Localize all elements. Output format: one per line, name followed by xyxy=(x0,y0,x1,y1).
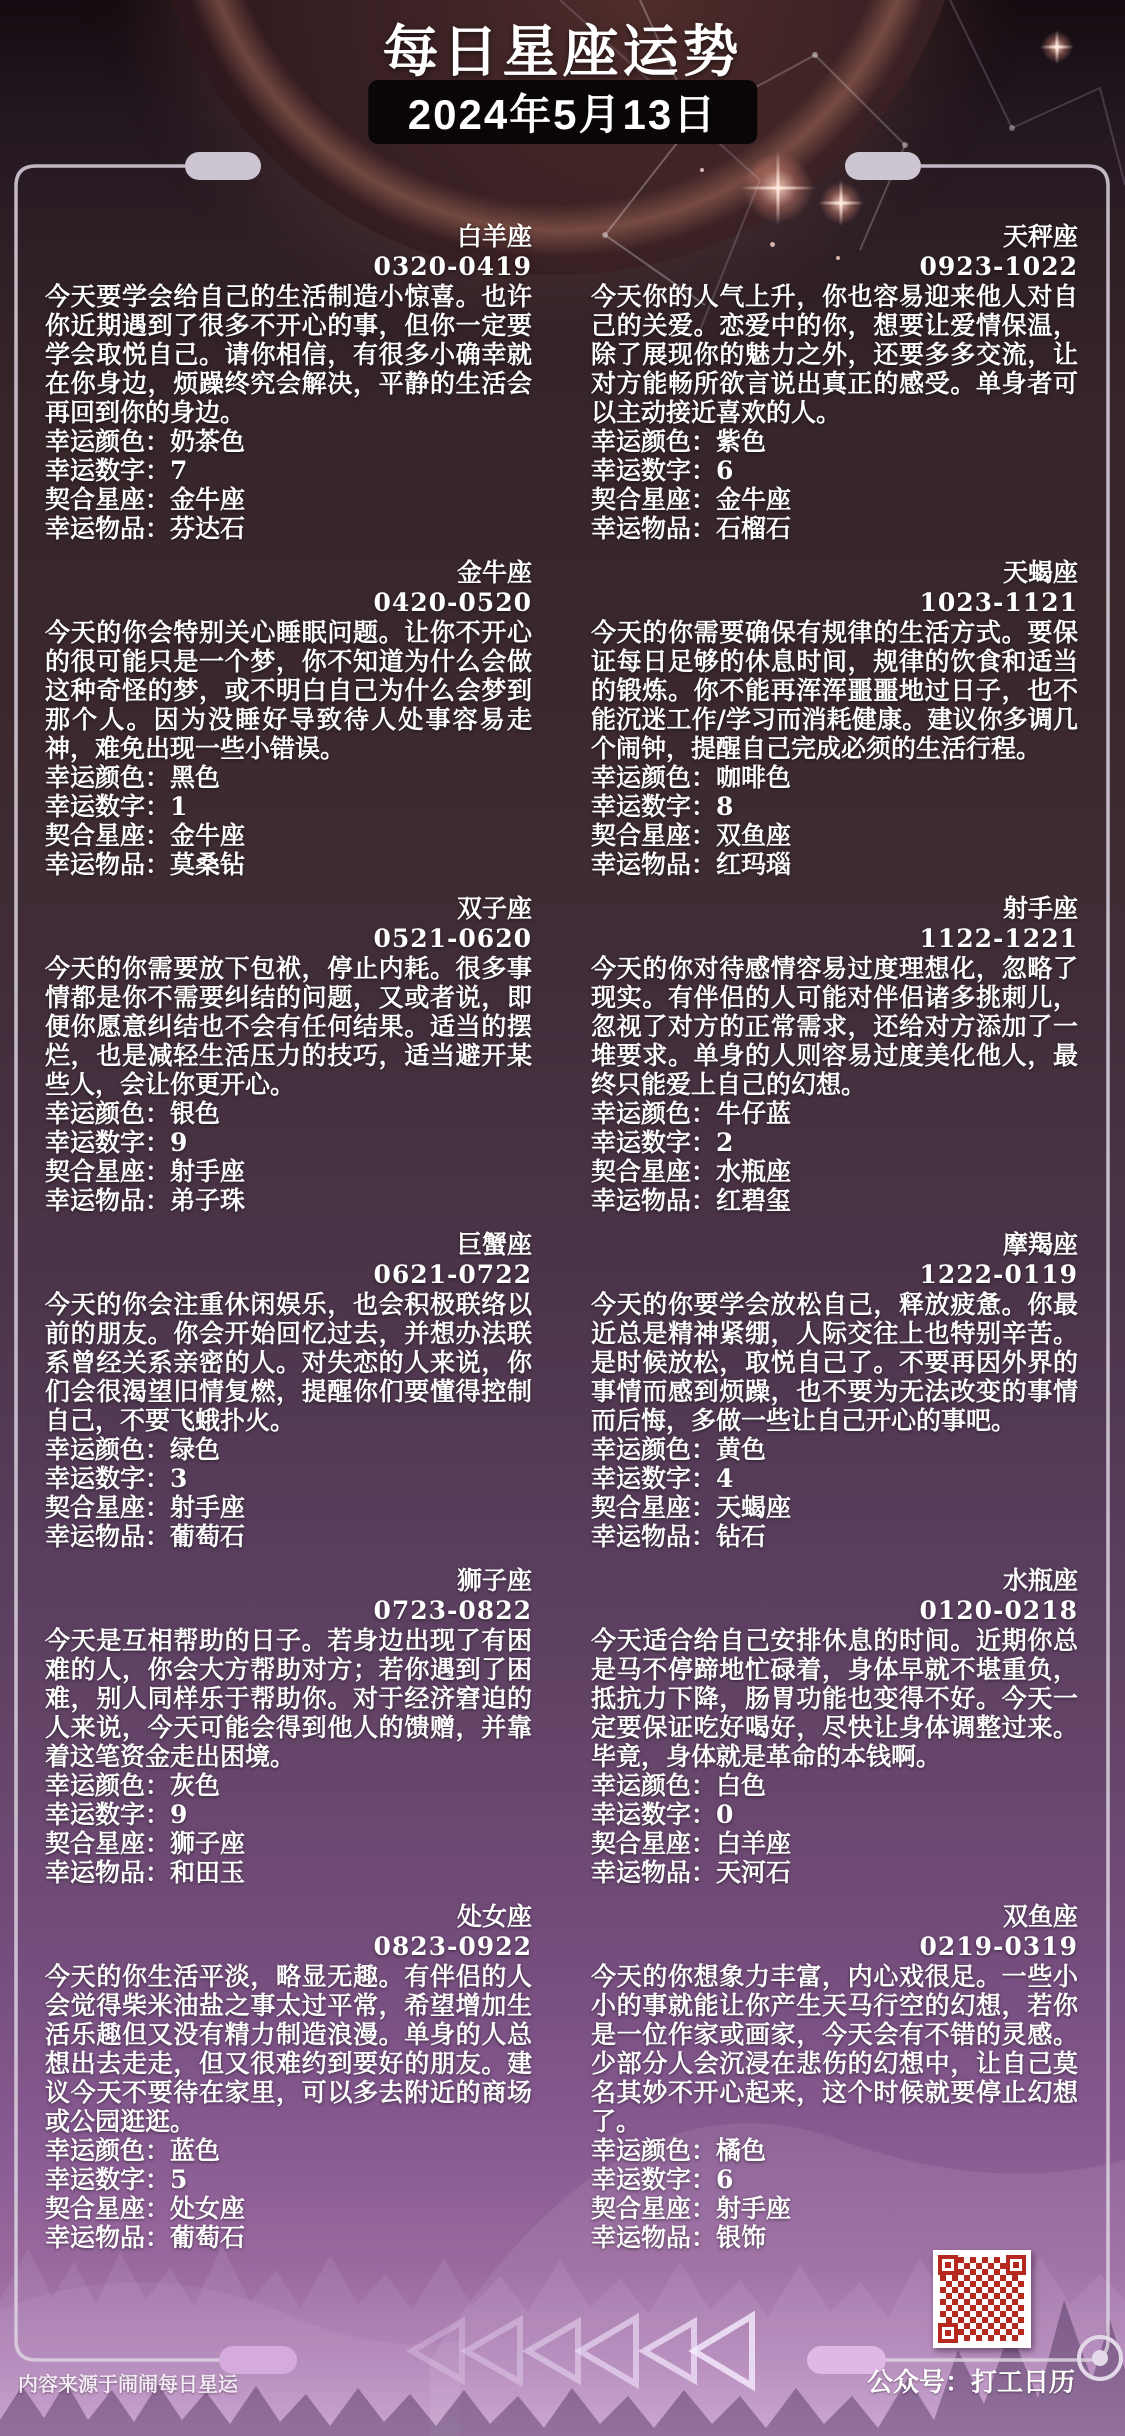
sign-section: 双子座 0521-0620 今天的你需要放下包袱，停止内耗。很多事情都是你不需要… xyxy=(45,894,532,1215)
sign-name: 双鱼座 xyxy=(591,1902,1078,1932)
sign-name: 巨蟹座 xyxy=(45,1230,532,1260)
sign-date-range: 0923-1022 xyxy=(591,252,1078,282)
sign-fortune-text: 今天要学会给自己的生活制造小惊喜。也许你近期遇到了很多不开心的事，但你一定要学会… xyxy=(45,282,532,427)
lucky-item-value: 红碧玺 xyxy=(716,1186,791,1215)
lucky-item-label: 幸运物品： xyxy=(591,2223,716,2252)
qr-finder-square xyxy=(938,2323,958,2343)
lucky-item-label: 幸运物品： xyxy=(45,1522,170,1551)
lucky-number-line: 幸运数字：9 xyxy=(45,1128,532,1157)
lucky-color-label: 幸运颜色： xyxy=(591,1771,716,1800)
sign-date-range: 0723-0822 xyxy=(45,1596,532,1626)
match-sign-label: 契合星座： xyxy=(45,1157,170,1186)
right-column: 天秤座 0923-1022 今天你的人气上升，你也容易迎来他人对自己的关爱。恋爱… xyxy=(591,222,1078,2267)
content-source-text: 内容来源于闹闹每日星运 xyxy=(18,2368,238,2397)
match-sign-value: 射手座 xyxy=(716,2194,791,2223)
match-sign-label: 契合星座： xyxy=(591,821,716,850)
match-sign-line: 契合星座：金牛座 xyxy=(45,485,532,514)
lucky-number-value: 0 xyxy=(716,1800,733,1829)
sign-date-range: 0120-0218 xyxy=(591,1596,1078,1626)
lucky-item-value: 银饰 xyxy=(716,2223,766,2252)
horoscope-poster: 每日星座运势 2024年5月13日 白羊座 0320-0419 今天要学会给自己… xyxy=(0,0,1125,2436)
lucky-number-line: 幸运数字：5 xyxy=(45,2165,532,2194)
frame-capsule xyxy=(845,152,921,180)
sign-date-range: 0219-0319 xyxy=(591,1932,1078,1962)
lucky-item-line: 幸运物品：葡萄石 xyxy=(45,2223,532,2252)
lucky-color-line: 幸运颜色：银色 xyxy=(45,1099,532,1128)
lucky-number-line: 幸运数字：6 xyxy=(591,2165,1078,2194)
lucky-number-value: 3 xyxy=(170,1464,187,1493)
lucky-color-label: 幸运颜色： xyxy=(591,763,716,792)
lucky-number-line: 幸运数字：1 xyxy=(45,792,532,821)
match-sign-value: 双鱼座 xyxy=(716,821,791,850)
sign-fortune-text: 今天是互相帮助的日子。若身边出现了有困难的人，你会大方帮助对方；若你遇到了困难，… xyxy=(45,1626,532,1771)
lucky-item-line: 幸运物品：莫桑钻 xyxy=(45,850,532,879)
lucky-color-line: 幸运颜色：蓝色 xyxy=(45,2136,532,2165)
match-sign-label: 契合星座： xyxy=(591,2194,716,2223)
sign-fortune-text: 今天的你需要确保有规律的生活方式。要保证每日足够的休息时间，规律的饮食和适当的锻… xyxy=(591,618,1078,763)
match-sign-value: 处女座 xyxy=(170,2194,245,2223)
lucky-number-value: 9 xyxy=(170,1800,187,1829)
lucky-number-label: 幸运数字： xyxy=(45,2165,170,2194)
sign-name: 处女座 xyxy=(45,1902,532,1932)
lucky-number-label: 幸运数字： xyxy=(591,2165,716,2194)
lucky-number-label: 幸运数字： xyxy=(591,456,716,485)
lucky-color-label: 幸运颜色： xyxy=(591,427,716,456)
match-sign-line: 契合星座：天蝎座 xyxy=(591,1493,1078,1522)
lucky-item-value: 红玛瑙 xyxy=(716,850,791,879)
lucky-item-label: 幸运物品： xyxy=(591,1858,716,1887)
match-sign-label: 契合星座： xyxy=(45,821,170,850)
lucky-color-value: 银色 xyxy=(170,1099,220,1128)
sign-name: 白羊座 xyxy=(45,222,532,252)
lucky-color-line: 幸运颜色：白色 xyxy=(591,1771,1078,1800)
lucky-number-line: 幸运数字：0 xyxy=(591,1800,1078,1829)
lucky-item-line: 幸运物品：银饰 xyxy=(591,2223,1078,2252)
match-sign-value: 射手座 xyxy=(170,1157,245,1186)
lucky-number-line: 幸运数字：8 xyxy=(591,792,1078,821)
lucky-color-line: 幸运颜色：黄色 xyxy=(591,1435,1078,1464)
match-sign-value: 金牛座 xyxy=(716,485,791,514)
lucky-number-line: 幸运数字：7 xyxy=(45,456,532,485)
official-account-text: 公众号：打工日历 xyxy=(867,2362,1075,2399)
lucky-number-line: 幸运数字：9 xyxy=(45,1800,532,1829)
sign-name: 摩羯座 xyxy=(591,1230,1078,1260)
lucky-item-value: 葡萄石 xyxy=(170,2223,245,2252)
qr-finder-square xyxy=(938,2255,958,2275)
lucky-number-value: 7 xyxy=(170,456,187,485)
lucky-item-label: 幸运物品： xyxy=(591,1186,716,1215)
lucky-item-value: 天河石 xyxy=(716,1858,791,1887)
match-sign-label: 契合星座： xyxy=(591,1157,716,1186)
match-sign-line: 契合星座：金牛座 xyxy=(45,821,532,850)
lucky-number-line: 幸运数字：4 xyxy=(591,1464,1078,1493)
lucky-color-value: 奶茶色 xyxy=(170,427,245,456)
lucky-item-value: 钻石 xyxy=(716,1522,766,1551)
frame-capsule xyxy=(185,152,261,180)
match-sign-label: 契合星座： xyxy=(45,1829,170,1858)
horoscope-columns: 白羊座 0320-0419 今天要学会给自己的生活制造小惊喜。也许你近期遇到了很… xyxy=(45,222,1078,2267)
lucky-item-label: 幸运物品： xyxy=(45,2223,170,2252)
sign-date-range: 0823-0922 xyxy=(45,1932,532,1962)
lucky-color-value: 蓝色 xyxy=(170,2136,220,2165)
sign-date-range: 1122-1221 xyxy=(591,924,1078,954)
lucky-color-label: 幸运颜色： xyxy=(45,1435,170,1464)
match-sign-value: 天蝎座 xyxy=(716,1493,791,1522)
match-sign-label: 契合星座： xyxy=(591,1493,716,1522)
lucky-item-line: 幸运物品：红玛瑙 xyxy=(591,850,1078,879)
lucky-color-label: 幸运颜色： xyxy=(591,1435,716,1464)
sign-fortune-text: 今天的你会特别关心睡眠问题。让你不开心的很可能只是一个梦，你不知道为什么会做这种… xyxy=(45,618,532,763)
lucky-color-value: 白色 xyxy=(716,1771,766,1800)
match-sign-label: 契合星座： xyxy=(591,1829,716,1858)
sign-name: 水瓶座 xyxy=(591,1566,1078,1596)
lucky-color-line: 幸运颜色：咖啡色 xyxy=(591,763,1078,792)
lucky-number-value: 6 xyxy=(716,456,733,485)
triangle-arrows xyxy=(412,2316,752,2386)
lucky-number-label: 幸运数字： xyxy=(591,1800,716,1829)
sign-date-range: 1222-0119 xyxy=(591,1260,1078,1290)
match-sign-line: 契合星座：处女座 xyxy=(45,2194,532,2223)
lucky-number-value: 2 xyxy=(716,1128,733,1157)
sign-fortune-text: 今天你的人气上升，你也容易迎来他人对自己的关爱。恋爱中的你，想要让爱情保温，除了… xyxy=(591,282,1078,427)
match-sign-line: 契合星座：金牛座 xyxy=(591,485,1078,514)
lucky-color-line: 幸运颜色：奶茶色 xyxy=(45,427,532,456)
page-title: 每日星座运势 xyxy=(0,8,1125,88)
lucky-color-line: 幸运颜色：黑色 xyxy=(45,763,532,792)
lucky-color-line: 幸运颜色：绿色 xyxy=(45,1435,532,1464)
lucky-item-line: 幸运物品：和田玉 xyxy=(45,1858,532,1887)
sign-name: 狮子座 xyxy=(45,1566,532,1596)
lucky-number-value: 9 xyxy=(170,1128,187,1157)
lucky-number-value: 4 xyxy=(716,1464,733,1493)
sign-section: 水瓶座 0120-0218 今天适合给自己安排休息的时间。近期你总是马不停蹄地忙… xyxy=(591,1566,1078,1887)
lucky-color-label: 幸运颜色： xyxy=(45,763,170,792)
lucky-color-label: 幸运颜色： xyxy=(45,427,170,456)
sign-name: 天蝎座 xyxy=(591,558,1078,588)
lucky-color-label: 幸运颜色： xyxy=(45,1099,170,1128)
match-sign-line: 契合星座：射手座 xyxy=(45,1493,532,1522)
lucky-color-label: 幸运颜色： xyxy=(591,1099,716,1128)
match-sign-line: 契合星座：射手座 xyxy=(45,1157,532,1186)
sign-section: 金牛座 0420-0520 今天的你会特别关心睡眠问题。让你不开心的很可能只是一… xyxy=(45,558,532,879)
lucky-item-line: 幸运物品：钻石 xyxy=(591,1522,1078,1551)
sign-section: 狮子座 0723-0822 今天是互相帮助的日子。若身边出现了有困难的人，你会大… xyxy=(45,1566,532,1887)
lucky-item-label: 幸运物品： xyxy=(591,514,716,543)
lucky-number-value: 8 xyxy=(716,792,733,821)
sign-section: 白羊座 0320-0419 今天要学会给自己的生活制造小惊喜。也许你近期遇到了很… xyxy=(45,222,532,543)
lucky-number-label: 幸运数字： xyxy=(591,1128,716,1157)
lucky-item-label: 幸运物品： xyxy=(45,1858,170,1887)
lucky-number-label: 幸运数字： xyxy=(45,1128,170,1157)
lucky-item-label: 幸运物品： xyxy=(45,514,170,543)
lucky-color-label: 幸运颜色： xyxy=(591,2136,716,2165)
match-sign-label: 契合星座： xyxy=(45,485,170,514)
sign-fortune-text: 今天适合给自己安排休息的时间。近期你总是马不停蹄地忙碌着，身体早就不堪重负，抵抗… xyxy=(591,1626,1078,1771)
sign-name: 双子座 xyxy=(45,894,532,924)
sign-section: 天蝎座 1023-1121 今天的你需要确保有规律的生活方式。要保证每日足够的休… xyxy=(591,558,1078,879)
sign-section: 摩羯座 1222-0119 今天的你要学会放松自己，释放疲惫。你最近总是精神紧绷… xyxy=(591,1230,1078,1551)
lucky-number-value: 1 xyxy=(170,792,187,821)
lucky-item-line: 幸运物品：石榴石 xyxy=(591,514,1078,543)
lucky-item-value: 葡萄石 xyxy=(170,1522,245,1551)
date-badge: 2024年5月13日 xyxy=(368,80,758,144)
lucky-item-line: 幸运物品：天河石 xyxy=(591,1858,1078,1887)
match-sign-label: 契合星座： xyxy=(45,1493,170,1522)
lucky-color-value: 紫色 xyxy=(716,427,766,456)
lucky-item-line: 幸运物品：弟子珠 xyxy=(45,1186,532,1215)
qr-code xyxy=(933,2250,1031,2348)
sign-section: 天秤座 0923-1022 今天你的人气上升，你也容易迎来他人对自己的关爱。恋爱… xyxy=(591,222,1078,543)
lucky-item-value: 和田玉 xyxy=(170,1858,245,1887)
lucky-color-value: 黄色 xyxy=(716,1435,766,1464)
sign-section: 巨蟹座 0621-0722 今天的你会注重休闲娱乐，也会积极联络以前的朋友。你会… xyxy=(45,1230,532,1551)
match-sign-value: 白羊座 xyxy=(716,1829,791,1858)
lucky-item-value: 弟子珠 xyxy=(170,1186,245,1215)
sign-section: 双鱼座 0219-0319 今天的你想象力丰富，内心戏很足。一些小小的事就能让你… xyxy=(591,1902,1078,2252)
sign-date-range: 0521-0620 xyxy=(45,924,532,954)
lucky-number-label: 幸运数字： xyxy=(591,792,716,821)
sign-fortune-text: 今天的你会注重休闲娱乐，也会积极联络以前的朋友。你会开始回忆过去，并想办法联系曾… xyxy=(45,1290,532,1435)
sign-fortune-text: 今天的你生活平淡，略显无趣。有伴侣的人会觉得柴米油盐之事太过平常，希望增加生活乐… xyxy=(45,1962,532,2136)
lucky-item-label: 幸运物品： xyxy=(591,1522,716,1551)
lucky-item-line: 幸运物品：葡萄石 xyxy=(45,1522,532,1551)
lucky-item-value: 莫桑钻 xyxy=(170,850,245,879)
sign-fortune-text: 今天的你对待感情容易过度理想化，忽略了现实。有伴侣的人可能对伴侣诸多挑刺儿，忽视… xyxy=(591,954,1078,1099)
lucky-color-value: 黑色 xyxy=(170,763,220,792)
sign-date-range: 0621-0722 xyxy=(45,1260,532,1290)
match-sign-label: 契合星座： xyxy=(591,485,716,514)
lucky-color-line: 幸运颜色：橘色 xyxy=(591,2136,1078,2165)
lucky-number-label: 幸运数字： xyxy=(591,1464,716,1493)
sign-date-range: 0420-0520 xyxy=(45,588,532,618)
lucky-number-line: 幸运数字：3 xyxy=(45,1464,532,1493)
match-sign-value: 金牛座 xyxy=(170,821,245,850)
match-sign-value: 射手座 xyxy=(170,1493,245,1522)
sign-section: 射手座 1122-1221 今天的你对待感情容易过度理想化，忽略了现实。有伴侣的… xyxy=(591,894,1078,1215)
frame-ring-dot xyxy=(1092,2350,1108,2366)
sign-name: 天秤座 xyxy=(591,222,1078,252)
match-sign-line: 契合星座：双鱼座 xyxy=(591,821,1078,850)
lucky-number-line: 幸运数字：2 xyxy=(591,1128,1078,1157)
lucky-item-label: 幸运物品： xyxy=(591,850,716,879)
lucky-color-value: 绿色 xyxy=(170,1435,220,1464)
lucky-item-label: 幸运物品： xyxy=(45,850,170,879)
lucky-color-value: 橘色 xyxy=(716,2136,766,2165)
lucky-color-value: 咖啡色 xyxy=(716,763,791,792)
lucky-number-label: 幸运数字： xyxy=(45,1800,170,1829)
lucky-item-line: 幸运物品：芬达石 xyxy=(45,514,532,543)
lucky-color-line: 幸运颜色：灰色 xyxy=(45,1771,532,1800)
lucky-number-label: 幸运数字： xyxy=(45,792,170,821)
sign-fortune-text: 今天的你想象力丰富，内心戏很足。一些小小的事就能让你产生天马行空的幻想，若你是一… xyxy=(591,1962,1078,2136)
match-sign-line: 契合星座：白羊座 xyxy=(591,1829,1078,1858)
lucky-color-line: 幸运颜色：紫色 xyxy=(591,427,1078,456)
sign-section: 处女座 0823-0922 今天的你生活平淡，略显无趣。有伴侣的人会觉得柴米油盐… xyxy=(45,1902,532,2252)
lucky-number-value: 5 xyxy=(170,2165,187,2194)
lucky-color-line: 幸运颜色：牛仔蓝 xyxy=(591,1099,1078,1128)
sign-date-range: 1023-1121 xyxy=(591,588,1078,618)
lucky-color-value: 牛仔蓝 xyxy=(716,1099,791,1128)
sign-name: 金牛座 xyxy=(45,558,532,588)
sign-fortune-text: 今天的你要学会放松自己，释放疲惫。你最近总是精神紧绷，人际交往上也特别辛苦。是时… xyxy=(591,1290,1078,1435)
match-sign-value: 狮子座 xyxy=(170,1829,245,1858)
match-sign-label: 契合星座： xyxy=(45,2194,170,2223)
lucky-color-label: 幸运颜色： xyxy=(45,1771,170,1800)
left-column: 白羊座 0320-0419 今天要学会给自己的生活制造小惊喜。也许你近期遇到了很… xyxy=(45,222,532,2267)
match-sign-value: 金牛座 xyxy=(170,485,245,514)
sign-name: 射手座 xyxy=(591,894,1078,924)
lucky-color-value: 灰色 xyxy=(170,1771,220,1800)
lucky-item-label: 幸运物品： xyxy=(45,1186,170,1215)
qr-finder-square xyxy=(1006,2255,1026,2275)
lucky-item-value: 芬达石 xyxy=(170,514,245,543)
match-sign-line: 契合星座：水瓶座 xyxy=(591,1157,1078,1186)
lucky-number-label: 幸运数字： xyxy=(45,1464,170,1493)
lucky-number-value: 6 xyxy=(716,2165,733,2194)
lucky-color-label: 幸运颜色： xyxy=(45,2136,170,2165)
match-sign-line: 契合星座：狮子座 xyxy=(45,1829,532,1858)
sign-date-range: 0320-0419 xyxy=(45,252,532,282)
lucky-number-label: 幸运数字： xyxy=(45,456,170,485)
match-sign-line: 契合星座：射手座 xyxy=(591,2194,1078,2223)
lucky-item-line: 幸运物品：红碧玺 xyxy=(591,1186,1078,1215)
lucky-item-value: 石榴石 xyxy=(716,514,791,543)
match-sign-value: 水瓶座 xyxy=(716,1157,791,1186)
sign-fortune-text: 今天的你需要放下包袱，停止内耗。很多事情都是你不需要纠结的问题，又或者说，即便你… xyxy=(45,954,532,1099)
lucky-number-line: 幸运数字：6 xyxy=(591,456,1078,485)
